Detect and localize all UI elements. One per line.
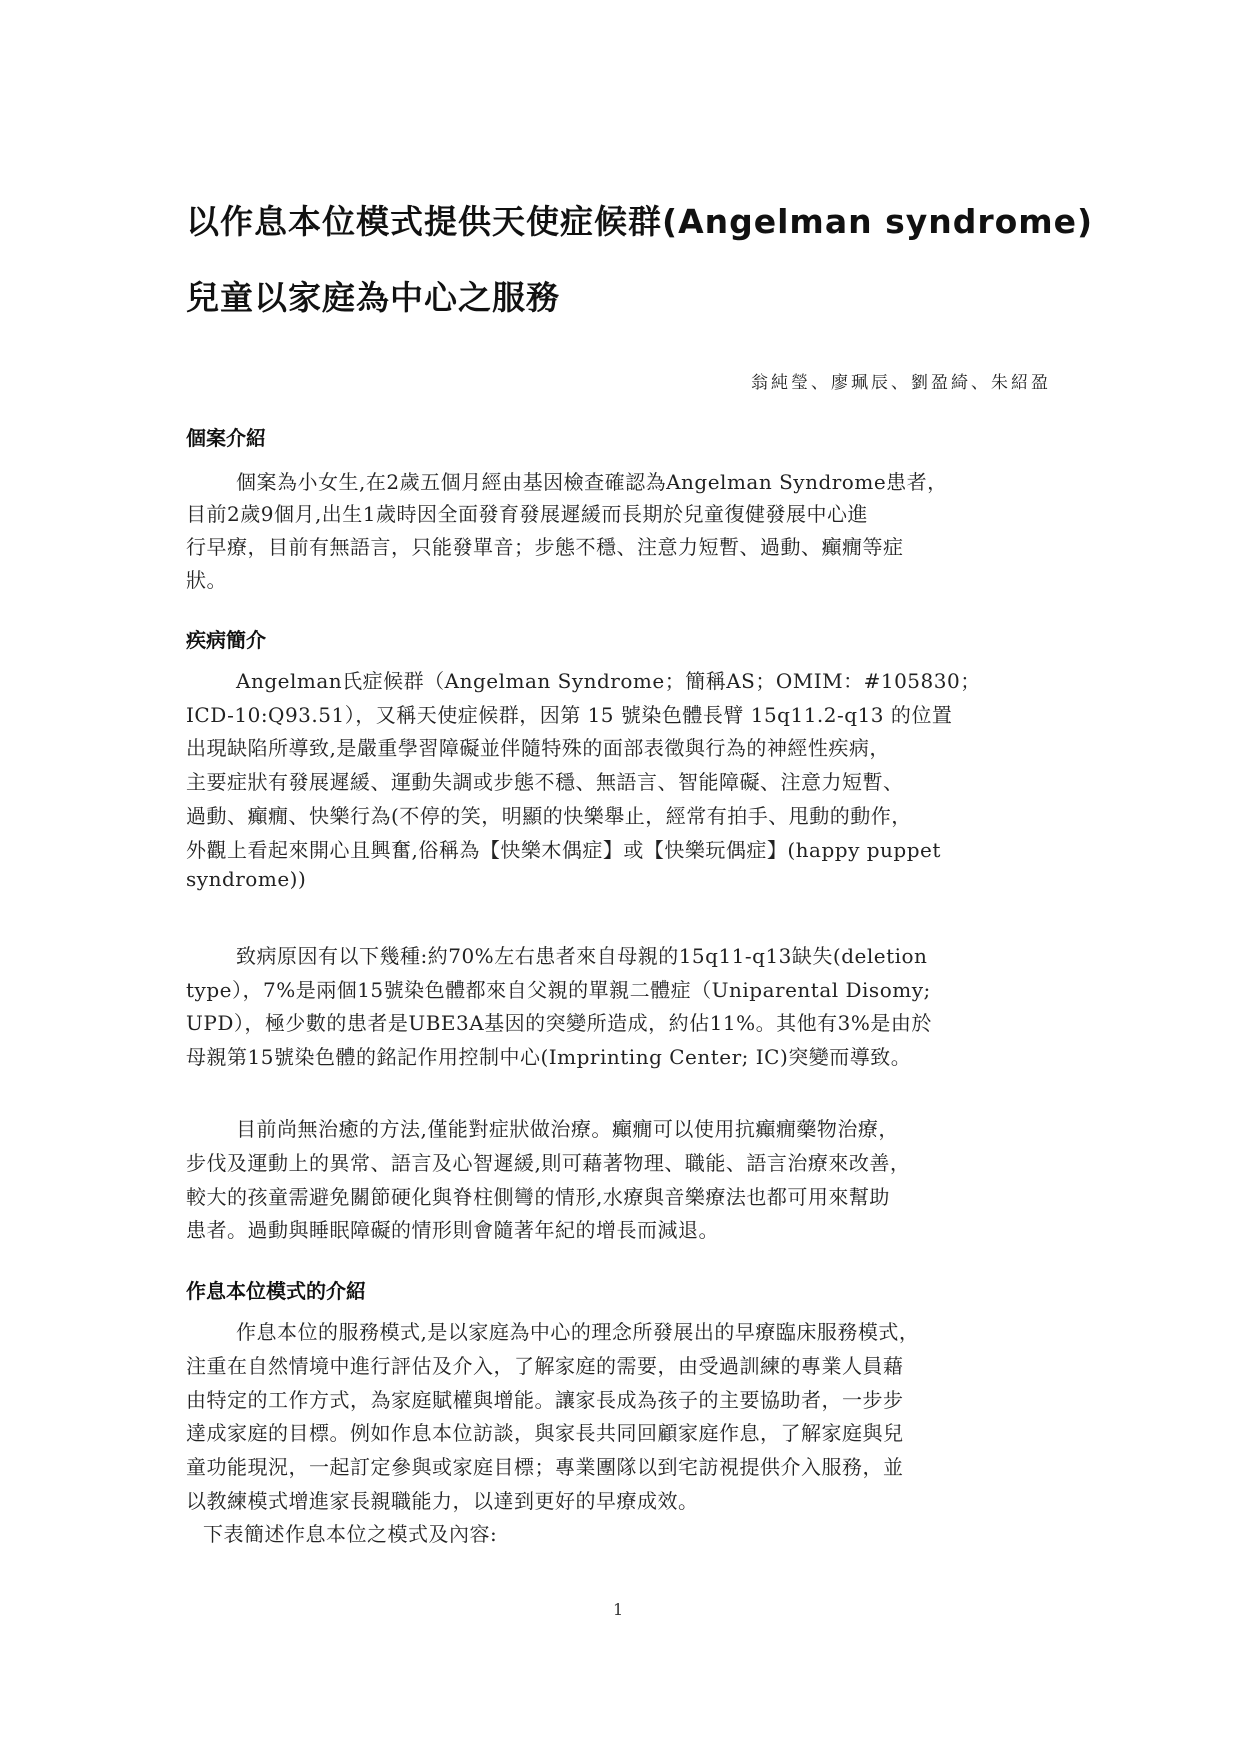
section-heading-rbi-model-intro: 作息本位模式的介紹 bbox=[186, 1275, 366, 1304]
paragraph-line: 達成家庭的目標。例如作息本位訪談，與家長共同回顧家庭作息，了解家庭與兒 bbox=[186, 1417, 904, 1446]
paragraph-line: 母親第15號染色體的銘記作用控制中心(Imprinting Center; IC… bbox=[186, 1041, 911, 1070]
paragraph-line: 以教練模式增進家長親職能力，以達到更好的早療成效。 bbox=[186, 1485, 699, 1514]
paragraph-line: 主要症狀有發展遲緩、運動失調或步態不穩、無語言、智能障礙、注意力短暫、 bbox=[186, 766, 904, 795]
paragraph-line: 過動、癲癇、快樂行為(不停的笑，明顯的快樂舉止，經常有拍手、甩動的動作， bbox=[186, 800, 912, 829]
paragraph-line: 狀。 bbox=[186, 564, 227, 593]
page-number: 1 bbox=[613, 1600, 623, 1619]
document-title-line-2: 兒童以家庭為中心之服務 bbox=[186, 272, 560, 319]
paragraph-line: 患者。過動與睡眠障礙的情形則會隨著年紀的增長而減退。 bbox=[186, 1214, 719, 1243]
paragraph-line: 作息本位的服務模式,是以家庭為中心的理念所發展出的早療臨床服務模式， bbox=[236, 1316, 919, 1345]
section-heading-disease-intro: 疾病簡介 bbox=[186, 624, 266, 653]
document-title-line-1: 以作息本位模式提供天使症候群(Angelman syndrome) bbox=[186, 196, 1093, 243]
paragraph-line: 童功能現況，一起訂定參與或家庭目標；專業團隊以到宅訪視提供介入服務，並 bbox=[186, 1451, 904, 1480]
paragraph-line: ICD-10:Q93.51），又稱天使症候群，因第 15 號染色體長臂 15q1… bbox=[186, 699, 952, 728]
paragraph-line: 較大的孩童需避免關節硬化與脊柱側彎的情形,水療與音樂療法也都可用來幫助 bbox=[186, 1181, 890, 1210]
paragraph-line: 行早療，目前有無語言，只能發單音；步態不穩、注意力短暫、過動、癲癇等症 bbox=[186, 531, 904, 560]
paragraph-line: type），7%是兩個15號染色體都來自父親的單親二體症（Uniparental… bbox=[186, 974, 931, 1003]
paragraph-line: 目前尚無治癒的方法,僅能對症狀做治療。癲癇可以使用抗癲癇藥物治療， bbox=[236, 1113, 899, 1142]
paragraph-line: 外觀上看起來開心且興奮,俗稱為【快樂木偶症】或【快樂玩偶症】(happy pup… bbox=[186, 834, 941, 863]
section-heading-case-intro: 個案介紹 bbox=[186, 422, 266, 451]
paragraph-line: 個案為小女生,在2歲五個月經由基因檢查確認為Angelman Syndrome患… bbox=[236, 466, 948, 495]
author-list: 翁純瑩、廖珮辰、劉盈綺、朱紹盈 bbox=[751, 368, 1051, 393]
paragraph-line: 步伐及運動上的異常、語言及心智遲緩,則可藉著物理、職能、語言治療來改善， bbox=[186, 1147, 910, 1176]
paragraph-line: 注重在自然情境中進行評估及介入，了解家庭的需要，由受過訓練的專業人員藉 bbox=[186, 1350, 904, 1379]
paragraph-line: 下表簡述作息本位之模式及內容: bbox=[203, 1518, 497, 1547]
paragraph-line: 目前2歲9個月,出生1歲時因全面發育發展遲緩而長期於兒童復健發展中心進 bbox=[186, 498, 868, 527]
paragraph-line: syndrome)) bbox=[186, 867, 306, 891]
paragraph-line: 致病原因有以下幾種:約70%左右患者來自母親的15q11-q13缺失(delet… bbox=[236, 940, 927, 969]
document-page: 以作息本位模式提供天使症候群(Angelman syndrome) 兒童以家庭為… bbox=[0, 0, 1241, 1755]
paragraph-line: Angelman氏症候群（Angelman Syndrome；簡稱AS；OMIM… bbox=[236, 665, 981, 694]
paragraph-line: 由特定的工作方式，為家庭賦權與增能。讓家長成為孩子的主要協助者，一步步 bbox=[186, 1384, 904, 1413]
paragraph-line: UPD），極少數的患者是UBE3A基因的突變所造成，約佔11%。其他有3%是由於 bbox=[186, 1007, 932, 1036]
paragraph-line: 出現缺陷所導致,是嚴重學習障礙並伴隨特殊的面部表徵與行為的神經性疾病， bbox=[186, 732, 890, 761]
